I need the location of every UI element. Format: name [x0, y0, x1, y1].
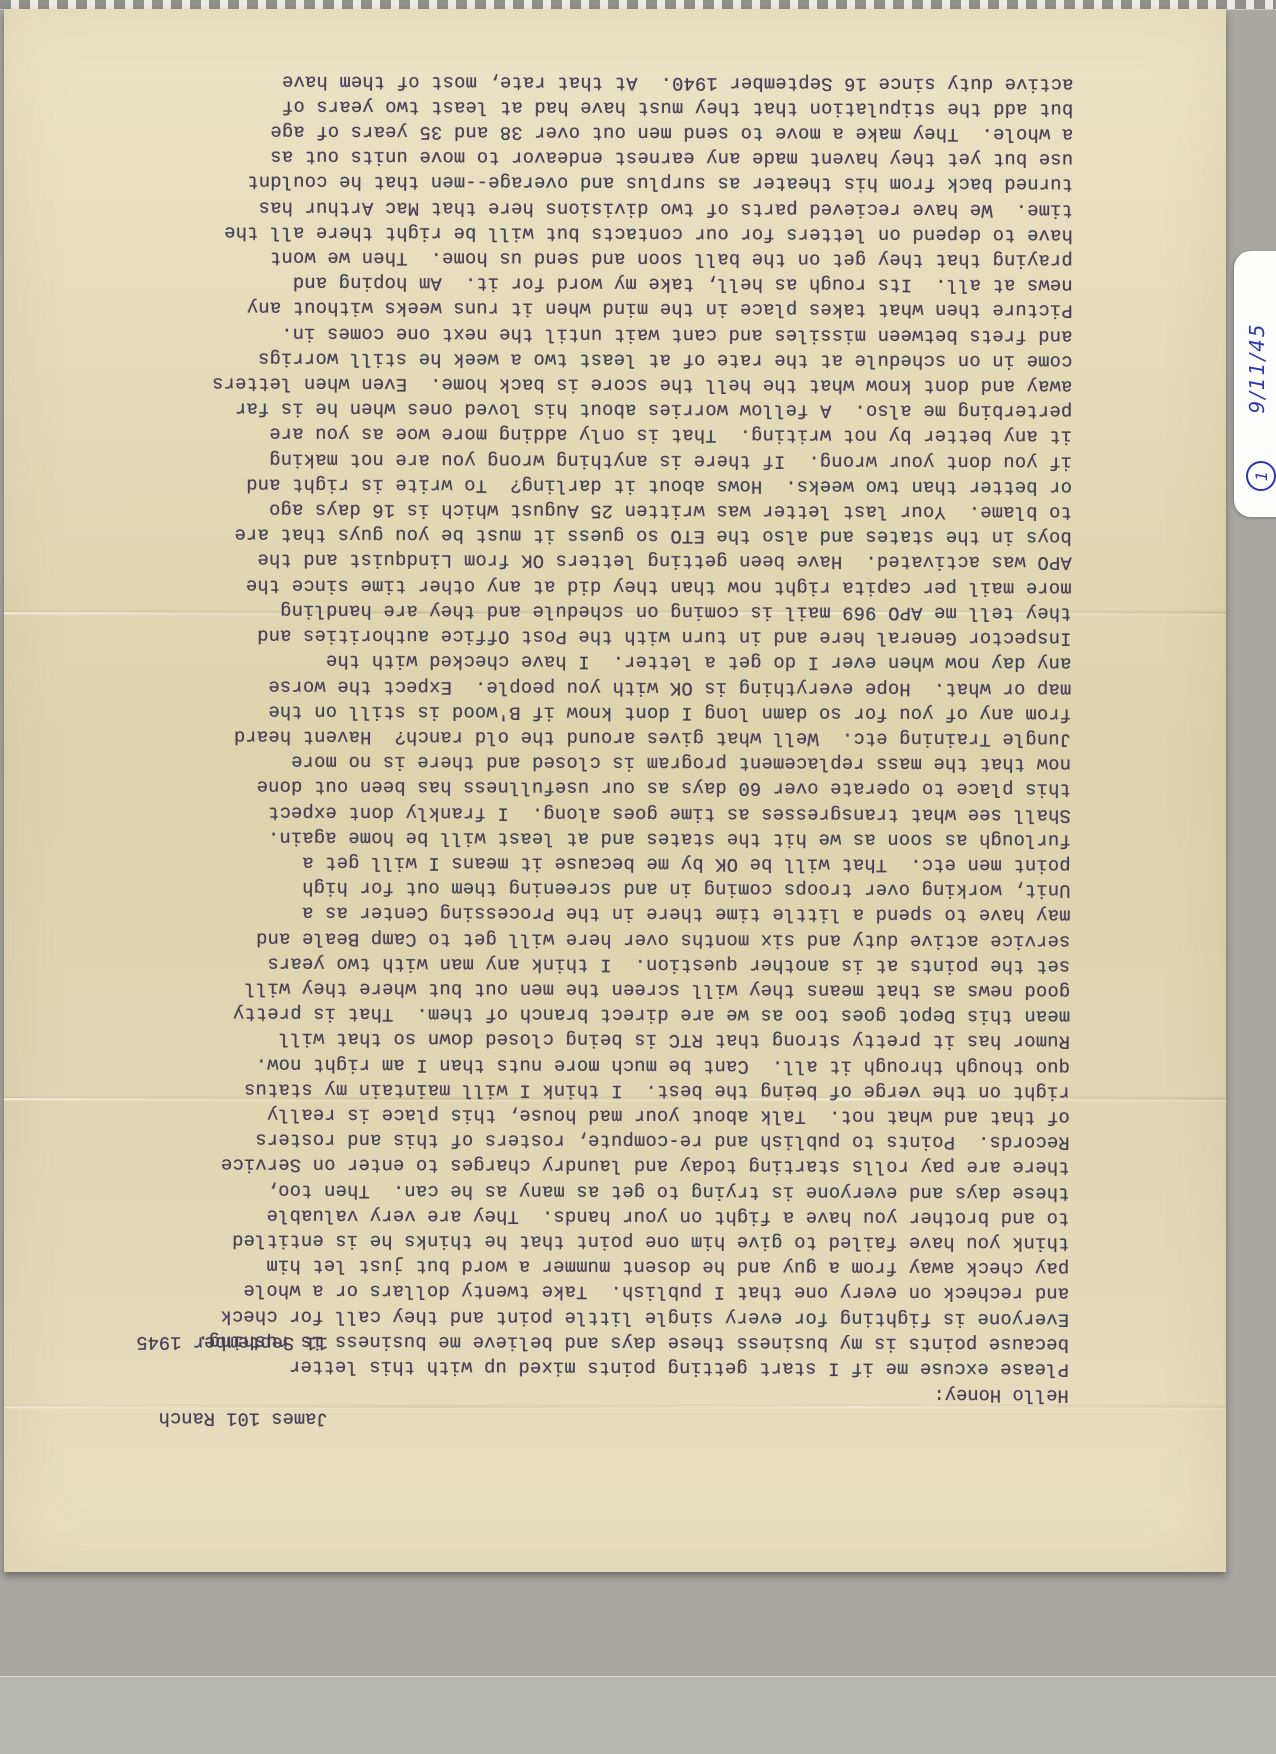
annotation-date: 9/11/45 — [1245, 283, 1269, 453]
scanned-letter-page: James 101 Ranch 11 September 1945 Hello … — [0, 0, 1276, 1754]
letter-paper: James 101 Ranch 11 September 1945 Hello … — [4, 9, 1226, 1572]
typewritten-letter-rotated-180: James 101 Ranch 11 September 1945 Hello … — [1, 7, 1228, 1574]
sender-line: James 101 Ranch — [136, 1405, 328, 1431]
salutation: Hello Honey: — [934, 1382, 1069, 1408]
circled-page-number: 1 — [1246, 461, 1276, 491]
scanner-background-band — [0, 1676, 1276, 1754]
page-number-annotation: 1 — [1246, 463, 1274, 491]
archival-label: 9/11/45 1 — [1234, 251, 1276, 517]
letter-body-text: Please excuse me if I start getting poin… — [197, 68, 1073, 1382]
